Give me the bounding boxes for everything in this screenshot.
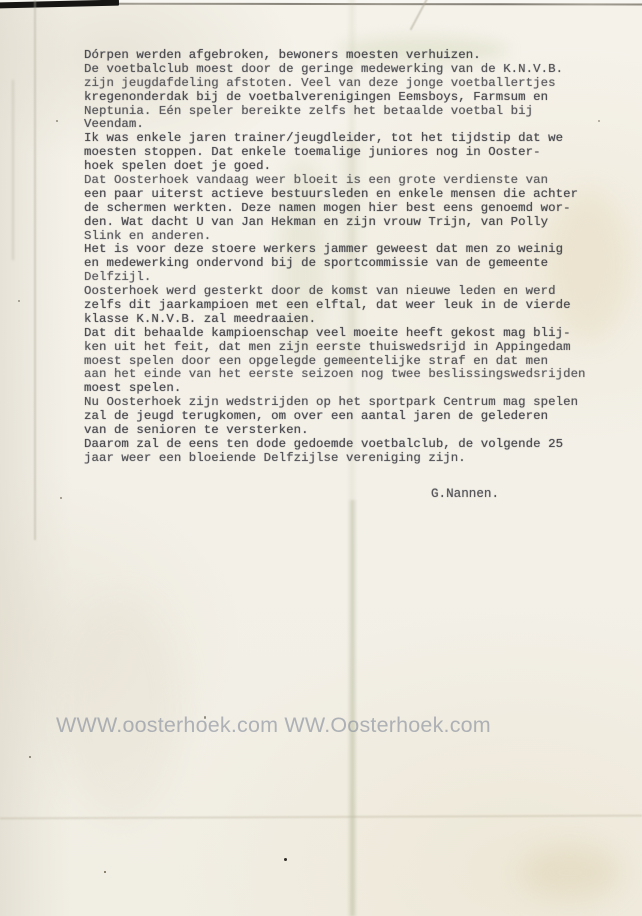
paper-crease-diagonal-top [410, 0, 429, 30]
ink-speck [56, 120, 58, 122]
text-line: De voetbalclub moest door de geringe med… [84, 63, 586, 77]
text-line: kregenonderdak bij de voetbalvereniginge… [84, 91, 586, 105]
ink-speck [104, 871, 106, 873]
paper-crease-left [34, 0, 36, 540]
text-line: zal de jeugd terugkomen, om over een aan… [84, 410, 586, 424]
text-line: Neptunia. Eén speler bereikte zelfs het … [84, 105, 586, 119]
watermark: WWW.oosterhoek.com WW.Oosterhoek.com [56, 713, 491, 738]
text-line: klasse K.N.V.B. zal meedraaien. [84, 313, 586, 327]
text-line: hoek spelen doet je goed. [84, 160, 586, 174]
paper-crease-bottom [0, 815, 642, 820]
text-line: Oosterhoek werd gesterkt door de komst v… [84, 285, 586, 299]
ink-speck [29, 756, 31, 758]
text-line: jaar weer een bloeiende Delfzijlse veren… [84, 452, 586, 466]
typewritten-text-body: Dórpen werden afgebroken, bewoners moest… [84, 49, 586, 466]
paper-stain-bottom-right [520, 845, 620, 900]
text-line: een paar uiterst actieve bestuursleden e… [84, 188, 586, 202]
text-line: aan het einde van het eerste seizoen nog… [84, 368, 586, 382]
text-line: van de senioren te versterken. [84, 424, 586, 438]
text-line: Nu Oosterhoek zijn wedstrijden op het sp… [84, 396, 586, 410]
scan-edge-top-line [0, 3, 642, 6]
text-line: de schermen werkten. Deze namen mogen hi… [84, 202, 586, 216]
ink-speck [598, 120, 600, 122]
ink-speck [18, 300, 20, 302]
text-line: Daarom zal de eens ten dode gedoemde voe… [84, 438, 586, 452]
ink-speck [284, 858, 287, 861]
text-line: Dat Oosterhoek vandaag weer bloeit is ee… [84, 174, 586, 188]
text-line: Veendam. [84, 118, 586, 132]
text-line: zijn jeugdafdeling afstoten. Veel van de… [84, 77, 586, 91]
ink-speck [60, 497, 62, 499]
text-line: Dórpen werden afgebroken, bewoners moest… [84, 49, 586, 63]
text-line: ken uit het feit, dat men zijn eerste th… [84, 341, 586, 355]
text-line: Slink en anderen. [84, 230, 586, 244]
signature: G.Nannen. [431, 487, 499, 501]
scan-margin-top [0, 0, 642, 3]
paper-stain-bottom-left [60, 600, 180, 820]
text-line: Dat dit behaalde kampioenschap veel moei… [84, 327, 586, 341]
paper-fold-vertical-lower [348, 500, 357, 916]
scan-edge-top-left-black-strip [0, 0, 119, 8]
text-line: den. Wat dacht U van Jan Hekman en zijn … [84, 216, 586, 230]
text-line: en medewerking ondervond bij de sportcom… [84, 257, 586, 271]
paper-crease-left-2 [12, 80, 14, 260]
text-line: zelfs dit jaarkampioen met een elftal, d… [84, 299, 586, 313]
